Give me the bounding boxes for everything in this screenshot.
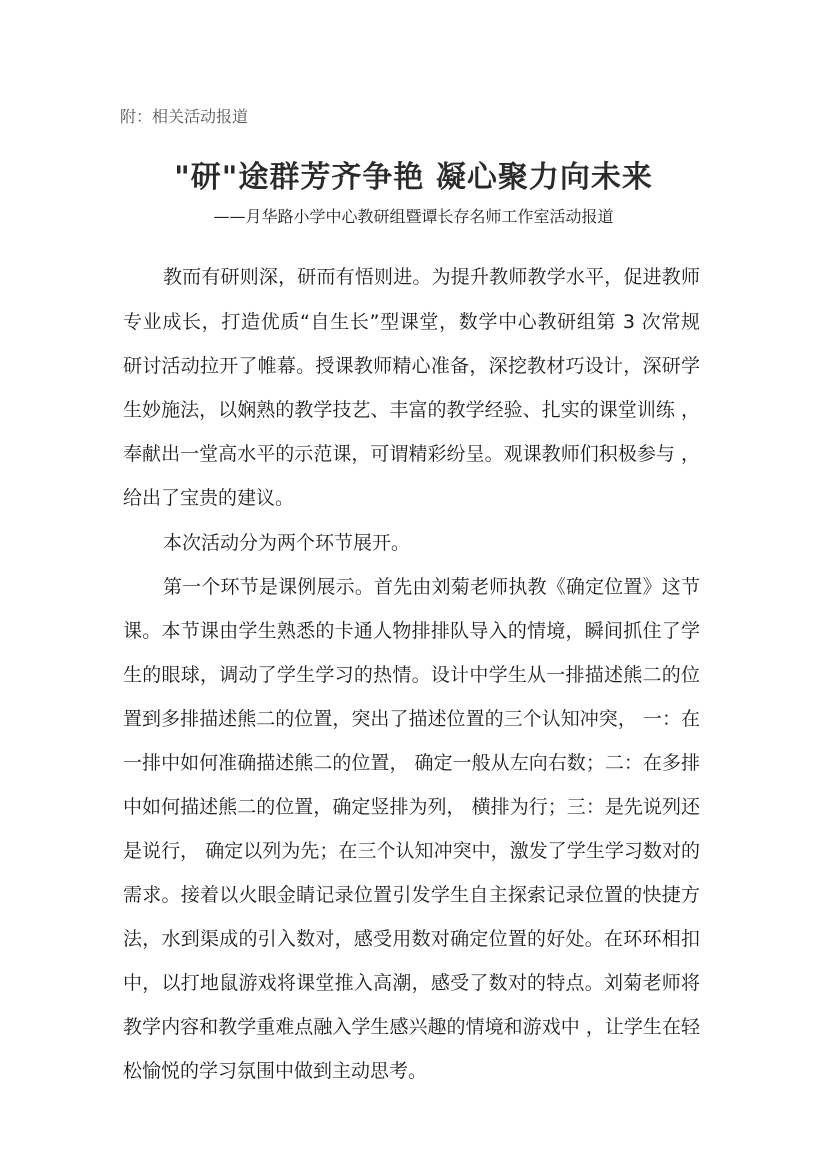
paragraph-line: 置到多排描述熊二的位置，突出了描述位置的三个认知冲突， 一：在 <box>123 704 700 731</box>
paragraph-line: 需求。接着以火眼金睛记录位置引发学生自主探索记录位置的快捷方 <box>123 880 700 907</box>
paragraph-line: 教学内容和教学重难点融入学生感兴趣的情境和游戏中 ，让学生在轻 <box>123 1012 700 1039</box>
paragraph-line: 奉献出一堂高水平的示范课，可谓精彩纷呈。观课教师们积极参与 ， <box>123 439 700 466</box>
paragraph-line: 课。本节课由学生熟悉的卡通人物排排队导入的情境，瞬间抓住了学 <box>123 616 700 643</box>
paragraph-line: 本次活动分为两个环节展开。 <box>163 528 700 555</box>
paragraph-line: 一排中如何准确描述熊二的位置， 确定一般从左向右数；二：在多排 <box>123 748 700 775</box>
paragraph-line: 研讨活动拉开了帷幕。授课教师精心准备，深挖教材巧设计，深研学 <box>123 351 700 378</box>
paragraph-line: 教而有研则深，研而有悟则进。为提升教师教学水平，促进教师 <box>163 262 700 289</box>
paragraph-line: 法，水到渠成的引入数对，感受用数对确定位置的好处。在环环相扣 <box>123 924 700 951</box>
attachment-label: 附：相关活动报道 <box>120 104 248 127</box>
paragraph-line: 给出了宝贵的建议。 <box>123 483 700 510</box>
paragraph-line: 中如何描述熊二的位置，确定竖排为列， 横排为行；三：是先说列还 <box>123 792 700 819</box>
paragraph-line: 生妙施法，以娴熟的教学技艺、丰富的教学经验、扎实的课堂训练 ， <box>123 395 700 422</box>
paragraph-line: 第一个环节是课例展示。首先由刘菊老师执教《确定位置》这节 <box>163 572 700 599</box>
paragraph-line: 是说行， 确定以列为先；在三个认知冲突中，激发了学生学习数对的 <box>123 836 700 863</box>
paragraph-line: 松愉悦的学习氛围中做到主动思考。 <box>123 1056 700 1083</box>
paragraph-line: 生的眼球，调动了学生学习的热情。设计中学生从一排描述熊二的位 <box>123 660 700 687</box>
paragraph-line: 中，以打地鼠游戏将课堂推入高潮，感受了数对的特点。刘菊老师将 <box>123 968 700 995</box>
article-subtitle: ——月华路小学中心教研组暨谭长存名师工作室活动报道 <box>0 204 827 227</box>
paragraph-line: 专业成长，打造优质“自生长”型课堂，数学中心教研组第 3 次常规 <box>123 307 700 334</box>
article-title: "研"途群芳齐争艳 凝心聚力向未来 <box>0 152 827 196</box>
